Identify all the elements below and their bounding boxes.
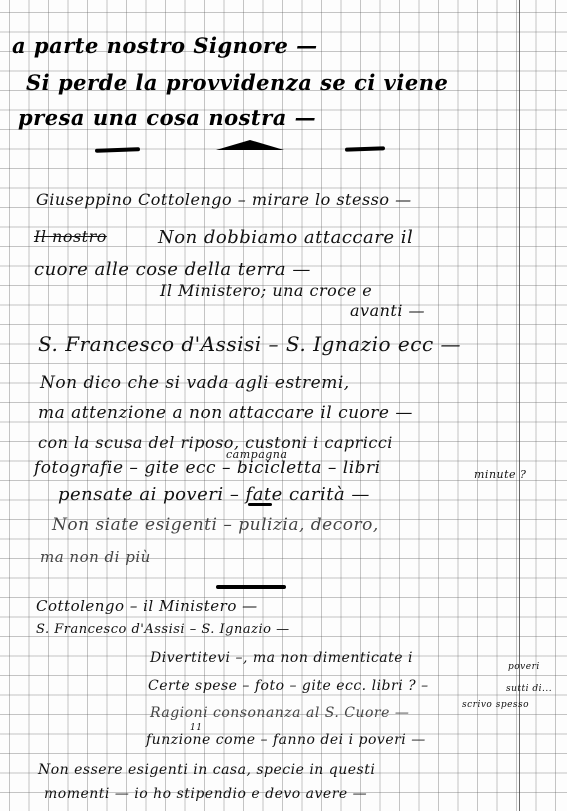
section4-line-5: Ragioni consonanza al S. Cuore — [150, 705, 409, 721]
section2-line-1: Non dobbiamo attaccare il [158, 227, 413, 248]
section3-line-5: pensate ai poveri – fate carità — [58, 484, 370, 505]
line-3: presa una cosa nostra — [18, 105, 316, 130]
section-divider [216, 585, 286, 589]
section3-line-1: Non dico che si vada agli estremi, [40, 373, 350, 393]
section4-line-8: momenti — io ho stipendio e devo avere — [44, 786, 367, 802]
line-2: Si perde la provvidenza se ci viene [26, 70, 448, 95]
graph-paper-page: a parte nostro Signore — Si perde la pro… [0, 0, 567, 811]
section2-line-3: Il Ministero; una croce e [160, 281, 372, 300]
section2-line-4: avanti — [350, 301, 425, 320]
section3-faint-line-2: ma non di più [40, 548, 151, 566]
separator-right-stroke [345, 146, 385, 151]
section4-line-7: Non essere esigenti in casa, specie in q… [38, 762, 375, 778]
section4-line-1: Cottolengo – il Ministero — [36, 597, 258, 615]
margin-note-scrivo: scrivo spesso [462, 700, 529, 710]
margin-note-sutti: sutti di... [506, 684, 552, 694]
margin-note-poveri: poveri [508, 662, 540, 672]
struck-text: Il nostro [34, 227, 107, 246]
section3-faint-line-1: Non siate esigenti – pulizia, decoro, [52, 515, 379, 535]
line-1: a parte nostro Signore — [12, 33, 318, 58]
separator-left-stroke [95, 147, 140, 153]
section3-line-3: con la scusa del riposo, custoni i capri… [38, 433, 393, 452]
section4-line-2: S. Francesco d'Assisi – S. Ignazio — [36, 622, 290, 637]
underline-mark [248, 503, 272, 506]
separator-triangle [216, 140, 284, 150]
section4-line-3: Divertitevi –, ma non dimenticate i [150, 650, 413, 666]
section3-heading: S. Francesco d'Assisi – S. Ignazio ecc — [38, 332, 461, 356]
section3-line-2: ma attenzione a non attaccare il cuore — [38, 403, 413, 423]
insertion-minute: minute ? [474, 468, 526, 481]
section3-line-4: fotografie – gite ecc – bicicletta – lib… [34, 458, 381, 478]
section2-heading: Giuseppino Cottolengo – mirare lo stesso… [36, 190, 412, 209]
section2-line-2: cuore alle cose della terra — [34, 259, 311, 280]
section4-line-4: Certe spese – foto – gite ecc. libri ? – [148, 678, 429, 694]
section4-line-6: funzione come – fanno dei i poveri — [146, 732, 426, 748]
